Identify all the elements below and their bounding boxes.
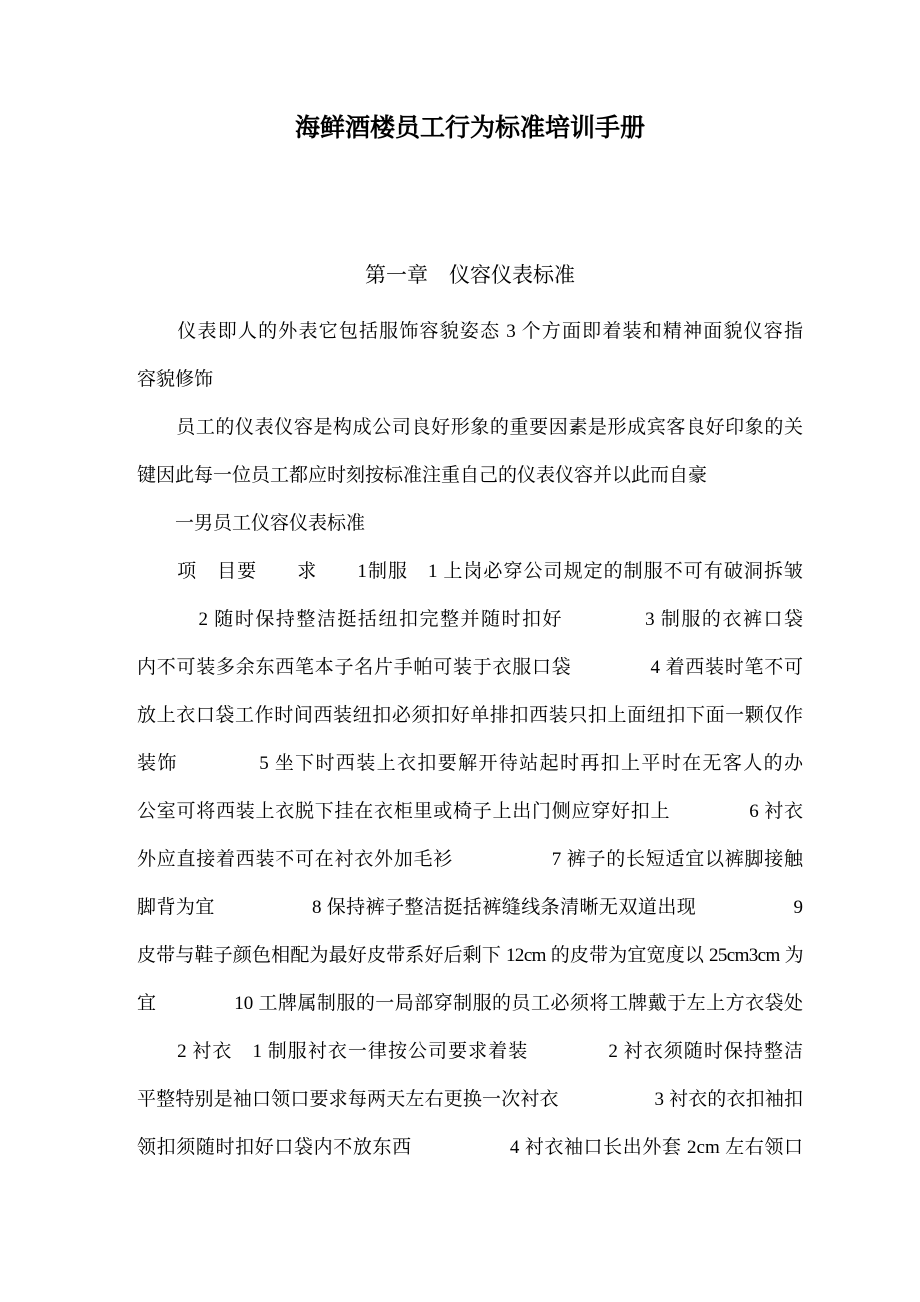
text-line: 领扣须随时扣好口袋内不放东西 4 衬衣袖口长出外套 2cm 左右领口 — [137, 1137, 803, 1158]
text-line: 外应直接着西装不可在衬衣外加毛衫 7 裤子的长短适宜以裤脚接触 — [137, 849, 803, 870]
document-title: 海鲜酒楼员工行为标准培训手册 — [137, 112, 803, 146]
chapter-heading: 第一章 仪容仪表标准 — [137, 260, 803, 290]
text-line: 宜 10 工牌属制服的一局部穿制服的员工必须将工牌戴于左上方衣袋处 — [137, 993, 803, 1014]
text-line: 脚背为宜 8 保持裤子整洁挺括裤缝线条清晰无双道出现 9 — [137, 897, 803, 918]
text-line: 放上衣口袋工作时间西装纽扣必须扣好单排扣西装只扣上面纽扣下面一颗仅作 — [137, 705, 803, 726]
document-page: 海鲜酒楼员工行为标准培训手册 第一章 仪容仪表标准 仪表即人的外表它包括服饰容貌… — [0, 0, 920, 1302]
text-line: 键因此每一位员工都应时刻按标准注重自己的仪表仪容并以此而自豪 — [137, 465, 803, 486]
text-line: 员工的仪表仪容是构成公司良好形象的重要因素是形成宾客良好印象的关 — [137, 417, 803, 438]
text-line: 项 目要 求 1制服 1 上岗必穿公司规定的制服不可有破洞拆皱 — [137, 561, 803, 582]
text-line: 公室可将西装上衣脱下挂在衣柜里或椅子上出门侧应穿好扣上 6 衬衣 — [137, 801, 803, 822]
text-line: 平整特别是袖口领口要求每两天左右更换一次衬衣 3 衬衣的衣扣袖扣 — [137, 1089, 803, 1110]
text-line: 2 衬衣 1 制服衬衣一律按公司要求着装 2 衬衣须随时保持整洁 — [137, 1041, 803, 1062]
text-line: 一男员工仪容仪表标准 — [137, 513, 803, 534]
text-line: 皮带与鞋子颜色相配为最好皮带系好后剩下 12cm 的皮带为宜宽度以 25cm3c… — [137, 945, 803, 966]
text-line: 2 随时保持整洁挺括纽扣完整并随时扣好 3 制服的衣裤口袋 — [137, 609, 803, 630]
text-line: 内不可装多余东西笔本子名片手帕可装于衣服口袋 4 着西装时笔不可 — [137, 657, 803, 678]
text-line: 仪表即人的外表它包括服饰容貌姿态 3 个方面即着装和精神面貌仪容指 — [137, 321, 803, 342]
text-line: 容貌修饰 — [137, 369, 803, 390]
text-line: 装饰 5 坐下时西装上衣扣要解开待站起时再扣上平时在无客人的办 — [137, 753, 803, 774]
